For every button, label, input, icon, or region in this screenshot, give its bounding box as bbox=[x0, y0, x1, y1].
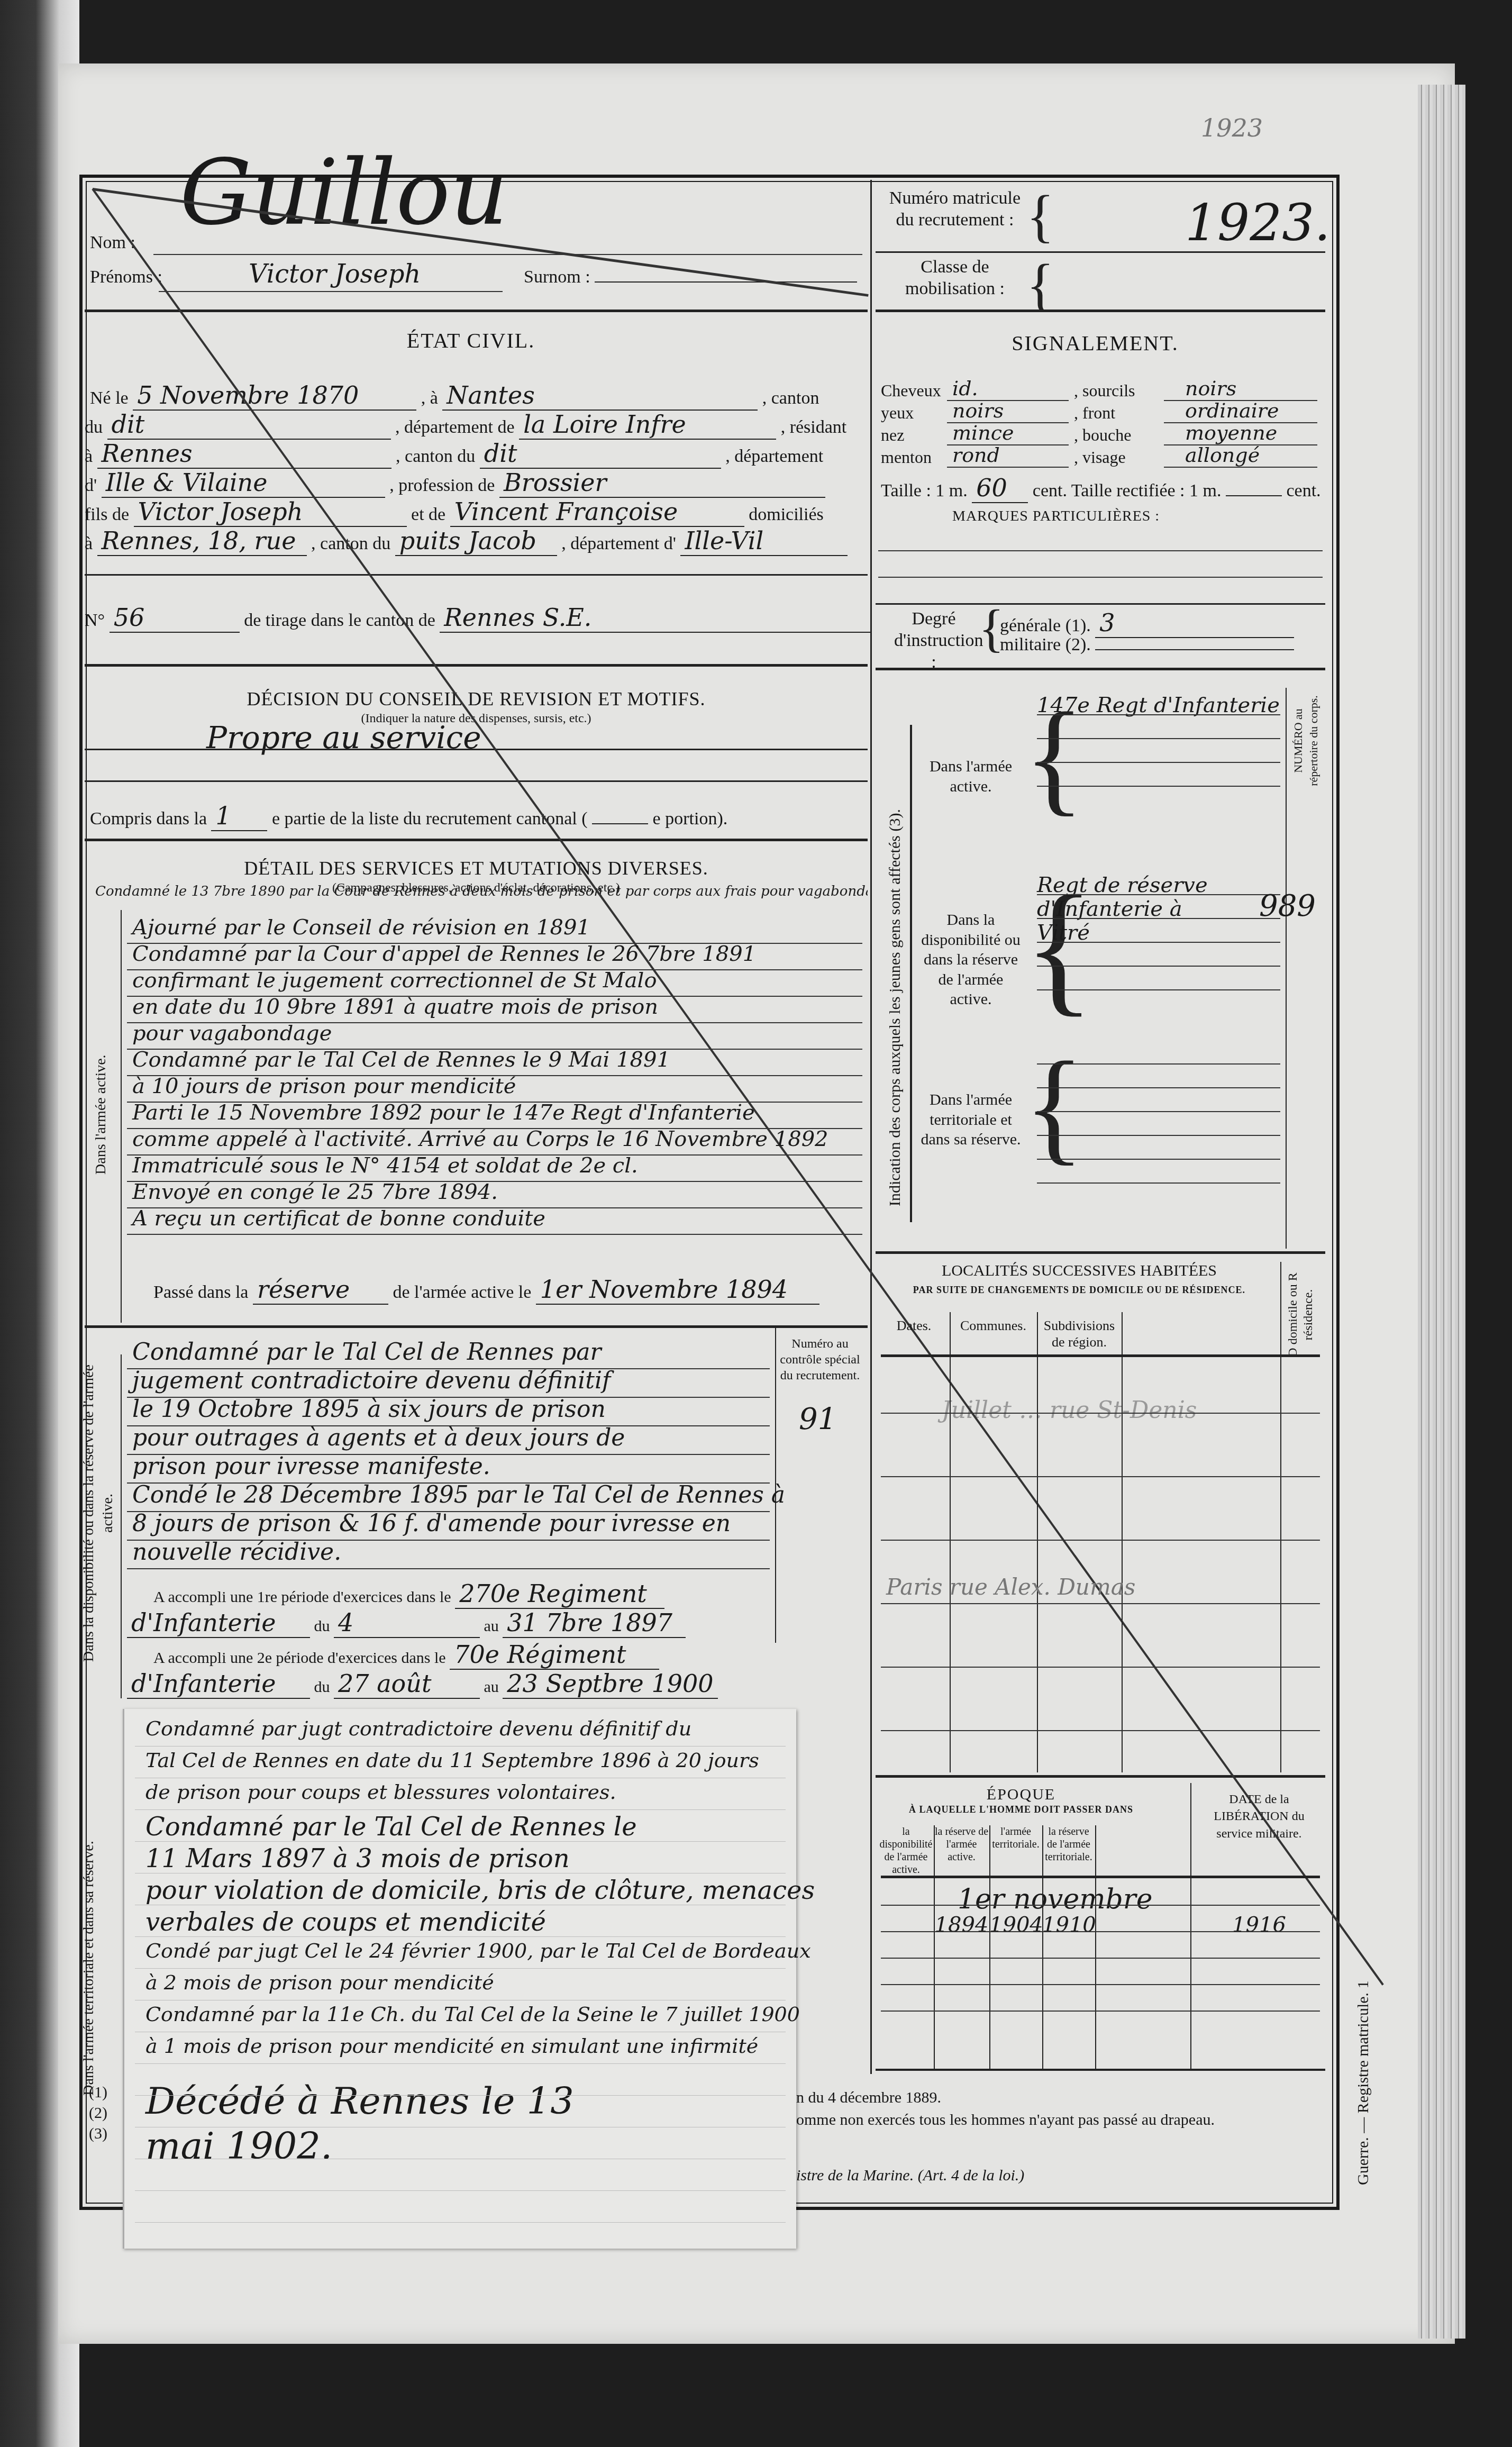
slip-entry: verbales de coups et mendicité bbox=[145, 1907, 546, 1937]
service-entry: confirmant le jugement correctionnel de … bbox=[132, 968, 657, 993]
localites-col-divider bbox=[950, 1312, 951, 1772]
profession-label: , profession de bbox=[389, 476, 495, 495]
decision-rule-1 bbox=[85, 749, 868, 750]
classe-label: Classe de mobilisation : bbox=[878, 257, 1032, 300]
corps-line bbox=[1037, 966, 1280, 967]
slip-ruling bbox=[135, 1968, 786, 1969]
signalement-underline bbox=[1164, 467, 1317, 468]
signalement-value: rond bbox=[952, 443, 1000, 467]
slip-ruling bbox=[135, 2159, 786, 2159]
periode2-label: A accompli une 2e période d'exercices da… bbox=[153, 1649, 446, 1667]
localites-subtitle: PAR SUITE DE CHANGEMENTS DE DOMICILE OU … bbox=[878, 1285, 1280, 1296]
epoque-row-line bbox=[881, 1931, 1320, 1932]
periode1-from: 4 bbox=[334, 1608, 480, 1638]
localites-col-divider bbox=[1037, 1312, 1038, 1772]
footnote-marker-1: (1) bbox=[89, 2082, 107, 2103]
reserve-entry: 8 jours de prison & 16 f. d'amende pour … bbox=[132, 1510, 731, 1537]
epoque-row-line bbox=[881, 1958, 1320, 1959]
profession-value: Brossier bbox=[499, 468, 825, 498]
services-title: DÉTAIL DES SERVICES ET MUTATIONS DIVERSE… bbox=[132, 857, 820, 879]
taille-cent-label: cent. Taille rectifiée : 1 m. bbox=[1033, 481, 1222, 501]
slip-ruling bbox=[135, 2190, 786, 2191]
et-de-label: et de bbox=[411, 505, 445, 524]
parents-department: Ille-Vil bbox=[680, 526, 848, 556]
epoque-col-divider bbox=[989, 1825, 990, 2069]
page-stack-edge bbox=[1418, 85, 1465, 2339]
slip-ruling bbox=[135, 2095, 786, 2096]
slip-ruling bbox=[135, 1905, 786, 1905]
localites-row-line bbox=[881, 1603, 1320, 1604]
corps-line bbox=[1037, 738, 1280, 739]
localites-row-line bbox=[881, 1540, 1320, 1541]
periode1-corps2: d'Infanterie bbox=[127, 1608, 310, 1638]
corps-line bbox=[1037, 942, 1280, 943]
epoque-column-header: la réserve de l'armée territoriale. bbox=[1042, 1825, 1095, 1863]
reserve-bracket bbox=[121, 1354, 122, 1698]
departement-label: , département de bbox=[395, 417, 515, 437]
signalement-value: moyenne bbox=[1185, 421, 1277, 444]
register-caption: Guerre. — Registre matricule. 1 bbox=[1354, 1980, 1372, 2185]
localites-row-line bbox=[881, 1730, 1320, 1731]
signalement-value: id. bbox=[952, 377, 978, 400]
militaire-label: militaire (2). bbox=[1000, 635, 1091, 654]
slip-entry: 11 Mars 1897 à 3 mois de prison bbox=[145, 1844, 570, 1873]
slip-entry: de prison pour coups et blessures volont… bbox=[145, 1780, 616, 1804]
localites-column-header: Subdivisions de région. bbox=[1037, 1317, 1122, 1350]
marques-line-1 bbox=[878, 550, 1323, 551]
birth-row: Né le 5 Novembre 1870 , à Nantes , canto… bbox=[90, 381, 819, 411]
corps-vertical-title: Indication des corps auxquels les jeunes… bbox=[886, 809, 904, 1206]
service-entry: Ajourné par le Conseil de révision en 18… bbox=[132, 915, 590, 940]
liberation-label: DATE de la LIBÉRATION du service militai… bbox=[1196, 1791, 1323, 1842]
active-end-rule bbox=[85, 1325, 868, 1328]
etat-civil-title: ÉTAT CIVIL. bbox=[307, 328, 635, 353]
corps-section-label: Dans la disponibilité ou dans la réserve… bbox=[921, 910, 1021, 1009]
d-prefix: d' bbox=[85, 476, 97, 495]
localites-col-divider bbox=[1280, 1262, 1281, 1772]
epoque-column-header: la réserve de l'armée active. bbox=[934, 1825, 989, 1863]
epoque-end-rule bbox=[876, 2069, 1325, 2071]
taille-label: Taille : 1 m. bbox=[881, 481, 968, 501]
periode2-dates-row: d'Infanterie du 27 août au 23 Septbre 19… bbox=[127, 1669, 718, 1699]
residant-a-label: à bbox=[85, 447, 93, 466]
signalement-value: noirs bbox=[1185, 377, 1236, 400]
birth-department: la Loire Infre bbox=[519, 410, 776, 440]
passe-reserve-row: Passé dans la réserve de l'armée active … bbox=[153, 1275, 819, 1305]
periode1-to: 31 7bre 1897 bbox=[503, 1608, 686, 1638]
reserve-entry: pour outrages à agents et à deux jours d… bbox=[132, 1424, 625, 1451]
periode1-au: au bbox=[484, 1617, 499, 1635]
mother-name: Vincent Françoise bbox=[450, 497, 744, 527]
tirage-row: N° 56 de tirage dans le canton de Rennes… bbox=[85, 603, 871, 633]
nom-underline bbox=[153, 254, 862, 255]
father-name: Victor Joseph bbox=[134, 497, 407, 527]
localites-col-divider bbox=[1122, 1312, 1123, 1772]
portion-value bbox=[592, 823, 648, 824]
departement3-label: , département d' bbox=[561, 534, 676, 553]
service-entry: pour vagabondage bbox=[132, 1021, 332, 1045]
marques-line-2 bbox=[878, 577, 1323, 578]
parents-canton: puits Jacob bbox=[395, 526, 557, 556]
slip-ruling bbox=[135, 1873, 786, 1873]
portion-suffix: e portion). bbox=[653, 809, 728, 829]
residant-label: , résidant bbox=[781, 417, 847, 437]
slip-ruling bbox=[135, 1936, 786, 1937]
service-entry: Immatriculé sous le N° 4154 et soldat de… bbox=[132, 1153, 638, 1178]
corps-line bbox=[1037, 1063, 1280, 1065]
signalement-label: , front bbox=[1074, 403, 1115, 423]
domicile-a-label: à bbox=[85, 534, 93, 553]
footnote-1: n du 4 décembre 1889. bbox=[796, 2089, 941, 2107]
corps-line bbox=[1037, 894, 1280, 895]
prenoms-value: Victor Joseph bbox=[249, 259, 421, 289]
signalement-label: yeux bbox=[881, 403, 914, 423]
matricule-rule bbox=[876, 251, 1325, 253]
services-margin-note: Condamné le 13 7bre 1890 par la Cour de … bbox=[95, 884, 868, 899]
reserve-entry: nouvelle récidive. bbox=[132, 1539, 341, 1566]
passe-reserve-value: réserve bbox=[253, 1275, 388, 1305]
etat-civil-rule bbox=[85, 574, 868, 576]
service-entry: comme appelé à l'activité. Arrivé au Cor… bbox=[132, 1127, 828, 1151]
signalement-value: noirs bbox=[952, 399, 1004, 422]
instruction-militaire-row: militaire (2). bbox=[1000, 635, 1294, 655]
service-entry: Condamné par la Cour d'appel de Rennes l… bbox=[132, 942, 756, 966]
epoque-title: ÉPOQUE bbox=[878, 1786, 1164, 1804]
periode1-dates-row: d'Infanterie du 4 au 31 7bre 1897 bbox=[127, 1608, 686, 1638]
localites-entry: Paris rue Alex. Dumas bbox=[886, 1574, 1135, 1600]
epoque-col-divider bbox=[934, 1825, 935, 2069]
service-entry: Envoyé en congé le 25 7bre 1894. bbox=[132, 1180, 498, 1204]
localites-column-header: Communes. bbox=[950, 1317, 1037, 1334]
corps-line bbox=[1037, 989, 1280, 990]
localites-row-line bbox=[881, 1413, 1320, 1414]
periode2-from: 27 août bbox=[334, 1669, 480, 1699]
ne-le-label: Né le bbox=[90, 388, 129, 408]
epoque-row-line bbox=[881, 2011, 1320, 2012]
birth-dept-row: du dit , département de la Loire Infre ,… bbox=[85, 410, 846, 440]
signalement-title: SIGNALEMENT. bbox=[910, 331, 1280, 356]
epoque-subtitle: À LAQUELLE L'HOMME DOIT PASSER DANS bbox=[878, 1804, 1164, 1815]
departement2-label: , département bbox=[725, 447, 823, 466]
signalement-label: menton bbox=[881, 448, 932, 467]
epoque-col-divider bbox=[1042, 1825, 1043, 2069]
slip-ruling bbox=[135, 1809, 786, 1810]
slip-entry: Condé par jugt Cel le 24 février 1900, p… bbox=[145, 1939, 811, 1962]
epoque-date-prefix: 1er novembre bbox=[958, 1884, 1152, 1915]
pencil-number: 1923 bbox=[1201, 114, 1263, 142]
epoque-col-divider bbox=[1190, 1783, 1191, 2069]
parents-domicile: Rennes, 18, rue bbox=[97, 526, 307, 556]
domicile-row: à Rennes, 18, rue , canton du puits Jaco… bbox=[85, 526, 848, 556]
residence-row: à Rennes , canton du dit , département bbox=[85, 439, 823, 469]
slip-ruling bbox=[135, 2127, 786, 2127]
decision-title: DÉCISION DU CONSEIL DE REVISION ET MOTIF… bbox=[132, 688, 820, 710]
no-label: N° bbox=[85, 611, 105, 630]
corps-line bbox=[1037, 762, 1280, 763]
degre-label: Degré d'instruction : bbox=[894, 608, 973, 673]
reserve-entry: Condé le 28 Décembre 1895 par le Tal Cel… bbox=[132, 1481, 785, 1508]
column-divider bbox=[870, 180, 872, 2074]
epoque-value: 1904 bbox=[989, 1913, 1042, 1937]
reserve-entry: jugement contradictoire devenu définitif bbox=[132, 1367, 611, 1394]
taille-rectifiee-value bbox=[1226, 495, 1282, 496]
periode2-du: du bbox=[314, 1678, 330, 1696]
epoque-row-line bbox=[881, 1905, 1320, 1906]
nom-label: Nom : bbox=[90, 233, 135, 252]
fils-label: fils de bbox=[85, 505, 129, 524]
signalement-value: mince bbox=[952, 421, 1014, 444]
footnote-marker-3: (3) bbox=[89, 2123, 107, 2144]
residence-city: Rennes bbox=[97, 439, 391, 469]
corps-section-label: Dans l'armée territoriale et dans sa rés… bbox=[921, 1090, 1021, 1150]
service-line bbox=[127, 1234, 862, 1235]
compris-rule bbox=[85, 839, 868, 841]
corps-line bbox=[1037, 1087, 1280, 1088]
marques-label: MARQUES PARTICULIÈRES : bbox=[952, 508, 1160, 525]
slip-entry: Condamné par le Tal Cel de Rennes le bbox=[145, 1812, 637, 1842]
compris-value: 1 bbox=[211, 802, 267, 831]
slip-ruling bbox=[135, 2222, 786, 2223]
localites-faded-entry: Juillet … rue St-Denis bbox=[942, 1397, 1197, 1424]
decision-rule-2 bbox=[85, 780, 868, 782]
slip-entry: à 1 mois de prison pour mendicité en sim… bbox=[145, 2034, 758, 2058]
corps-numero: 989 bbox=[1259, 889, 1316, 923]
periode1-row: A accompli une 1re période d'exercices d… bbox=[153, 1579, 664, 1609]
epoque-col-divider bbox=[1095, 1825, 1096, 2069]
birth-date: 5 Novembre 1870 bbox=[133, 381, 416, 411]
localites-title: LOCALITÉS SUCCESSIVES HABITÉES bbox=[878, 1262, 1280, 1280]
periode2-corps: 70e Régiment bbox=[450, 1640, 659, 1670]
birth-place: Nantes bbox=[442, 381, 758, 411]
slip-entry: Tal Cel de Rennes en date du 11 Septembr… bbox=[145, 1749, 759, 1772]
du-label: du bbox=[85, 417, 103, 437]
slip-ruling bbox=[135, 2032, 786, 2032]
passe-reserve-date: 1er Novembre 1894 bbox=[536, 1275, 819, 1305]
canton-label: , canton bbox=[762, 388, 819, 408]
corps-line bbox=[1037, 918, 1280, 919]
localites-row-line bbox=[881, 1667, 1320, 1668]
pasted-slip: Condamné par jugt contradictoire devenu … bbox=[123, 1709, 796, 2249]
section-label-reserve: Dans la disponibilité ou dans la réserve… bbox=[79, 1354, 118, 1672]
signalement-label: , bouche bbox=[1074, 425, 1131, 445]
classe-rule bbox=[876, 310, 1325, 312]
slip-ruling bbox=[135, 1778, 786, 1778]
taille-value: 60 bbox=[972, 474, 1028, 503]
corps-line bbox=[1037, 1182, 1280, 1184]
slip-ruling bbox=[135, 2063, 786, 2064]
signalement-label: , visage bbox=[1074, 448, 1126, 467]
section-label-active: Dans l'armée active. bbox=[93, 1054, 110, 1175]
reserve-entry: le 19 Octobre 1895 à six jours de prison bbox=[132, 1396, 606, 1423]
signalement-underline bbox=[947, 467, 1069, 468]
periode1-label: A accompli une 1re période d'exercices d… bbox=[153, 1588, 451, 1606]
epoque-column-header: la disponibilité de l'armée active. bbox=[878, 1825, 934, 1876]
instruction-rule bbox=[876, 668, 1325, 670]
corps-brace: { bbox=[1024, 1042, 1085, 1169]
taille-row: Taille : 1 m. 60 cent. Taille rectifiée … bbox=[881, 474, 1321, 503]
periode2-to: 23 Septbre 1900 bbox=[503, 1669, 717, 1699]
slip-ruling bbox=[135, 1746, 786, 1746]
corps-line bbox=[1037, 1111, 1280, 1112]
tirage-rule bbox=[85, 664, 868, 667]
corps-numero-title: NUMÉRO au répertoire du corps. bbox=[1291, 688, 1321, 794]
signalement-label: nez bbox=[881, 425, 904, 445]
slip-ruling bbox=[135, 1841, 786, 1842]
section-label-territoriale: Dans l'armée territoriale et dans sa rés… bbox=[79, 1820, 98, 2116]
compris-row: Compris dans la 1 e partie de la liste d… bbox=[90, 802, 727, 831]
passe-reserve-label: Passé dans la bbox=[153, 1282, 248, 1302]
canton-du-label: , canton du bbox=[396, 447, 475, 466]
service-entry: A reçu un certificat de bonne conduite bbox=[132, 1206, 545, 1231]
signalement-label: Cheveux bbox=[881, 381, 941, 401]
epoque-column-header: l'armée territoriale. bbox=[989, 1825, 1042, 1851]
tirage-number: 56 bbox=[110, 603, 240, 633]
periode1-du: du bbox=[314, 1617, 330, 1635]
numero-controle-label: Numéro au contrôle spécial du recrutemen… bbox=[778, 1336, 862, 1384]
epoque-row-line bbox=[881, 1984, 1320, 1985]
reserve-line bbox=[127, 1568, 770, 1569]
generale-label: générale (1). bbox=[1000, 616, 1091, 635]
slip-entry: Condamné par jugt contradictoire devenu … bbox=[145, 1717, 691, 1740]
reserve-entry: prison pour ivresse manifeste. bbox=[132, 1453, 490, 1480]
corps-bracket bbox=[910, 725, 912, 1222]
slip-entry: mai 1902. bbox=[145, 2124, 332, 2168]
prenoms-underline bbox=[159, 291, 503, 292]
footnote-marker-2: (2) bbox=[89, 2103, 107, 2123]
taille-rect-cent-label: cent. bbox=[1286, 481, 1320, 501]
instruction-generale-value: 3 bbox=[1095, 608, 1294, 638]
localites-row-line bbox=[881, 1476, 1320, 1477]
epoque-value: 1910 bbox=[1042, 1913, 1095, 1937]
slip-entry: Condamné par la 11e Ch. du Tal Cel de la… bbox=[145, 2003, 800, 2026]
marques-rule bbox=[876, 603, 1325, 605]
periode1-corps: 270e Regiment bbox=[455, 1579, 664, 1609]
corps-line bbox=[1037, 786, 1280, 787]
residence-department: Ille & Vilaine bbox=[102, 468, 385, 498]
corps-end-rule bbox=[876, 1251, 1325, 1254]
periode2-au: au bbox=[484, 1678, 499, 1696]
footnote-3: istre de la Marine. (Art. 4 de la loi.) bbox=[796, 2167, 1024, 2185]
service-entry: Parti le 15 Novembre 1892 pour le 147e R… bbox=[132, 1100, 755, 1125]
footnote-markers: (1) (2) (3) bbox=[89, 2082, 107, 2144]
profession-row: d' Ille & Vilaine , profession de Brossi… bbox=[85, 468, 825, 498]
slip-entry: Décédé à Rennes le 13 bbox=[145, 2079, 574, 2123]
corps-line bbox=[1037, 714, 1280, 715]
liberation-value: 1916 bbox=[1201, 1913, 1317, 1937]
surnom-label: Surnom : bbox=[524, 267, 590, 287]
active-bracket bbox=[121, 910, 122, 1323]
localites-column-header: D domicile ou R résidence. bbox=[1286, 1270, 1316, 1360]
localites-header-rule bbox=[881, 1354, 1320, 1357]
instruction-generale-row: générale (1). 3 bbox=[1000, 608, 1294, 638]
slip-entry: pour violation de domicile, bris de clôt… bbox=[145, 1876, 815, 1905]
header-rule bbox=[85, 310, 868, 312]
service-entry: Condamné par le Tal Cel de Rennes le 9 M… bbox=[132, 1048, 670, 1072]
passe-reserve-mid: de l'armée active le bbox=[393, 1282, 531, 1302]
residence-canton: dit bbox=[480, 439, 721, 469]
slip-entry: à 2 mois de prison pour mendicité bbox=[145, 1971, 494, 1994]
epoque-value: 1894 bbox=[934, 1913, 989, 1937]
slip-ruling bbox=[135, 2000, 786, 2000]
reserve-entry: Condamné par le Tal Cel de Rennes par bbox=[132, 1339, 602, 1366]
matricule-label: Numéro matricule du recrutement : bbox=[878, 188, 1032, 231]
tirage-canton: Rennes S.E. bbox=[440, 603, 871, 633]
corps-line bbox=[1037, 1159, 1280, 1160]
periode2-corps2: d'Infanterie bbox=[127, 1669, 310, 1699]
surnom-value bbox=[595, 281, 857, 283]
birth-canton: dit bbox=[107, 410, 391, 440]
corps-line bbox=[1037, 1135, 1280, 1136]
signalement-value: ordinaire bbox=[1185, 399, 1279, 422]
service-entry: à 10 jours de prison pour mendicité bbox=[132, 1074, 516, 1098]
corps-section-label: Dans l'armée active. bbox=[921, 757, 1021, 796]
localites-end-rule bbox=[876, 1775, 1325, 1778]
service-entry: en date du 10 9bre 1891 à quatre mois de… bbox=[132, 995, 658, 1019]
epoque-header-rule bbox=[881, 1876, 1320, 1878]
instruction-militaire-value bbox=[1095, 649, 1294, 650]
numero-controle-value: 91 bbox=[799, 1402, 836, 1436]
footnote-2: omme non exercés tous les hommes n'ayant… bbox=[796, 2111, 1215, 2129]
compris-label: Compris dans la bbox=[90, 809, 207, 829]
periode2-row: A accompli une 2e période d'exercices da… bbox=[153, 1640, 659, 1670]
matricule-value: 1923. bbox=[1185, 193, 1331, 252]
a-label: , à bbox=[421, 388, 438, 408]
corps-numero-divider bbox=[1286, 688, 1287, 1249]
parents-row: fils de Victor Joseph et de Vincent Fran… bbox=[85, 497, 824, 527]
signalement-label: , sourcils bbox=[1074, 381, 1135, 401]
signalement-value: allongé bbox=[1185, 443, 1260, 467]
localites-column-header: Dates. bbox=[878, 1317, 950, 1334]
nom-row: Nom : bbox=[90, 233, 135, 253]
domicilies-label: domiciliés bbox=[749, 505, 824, 524]
